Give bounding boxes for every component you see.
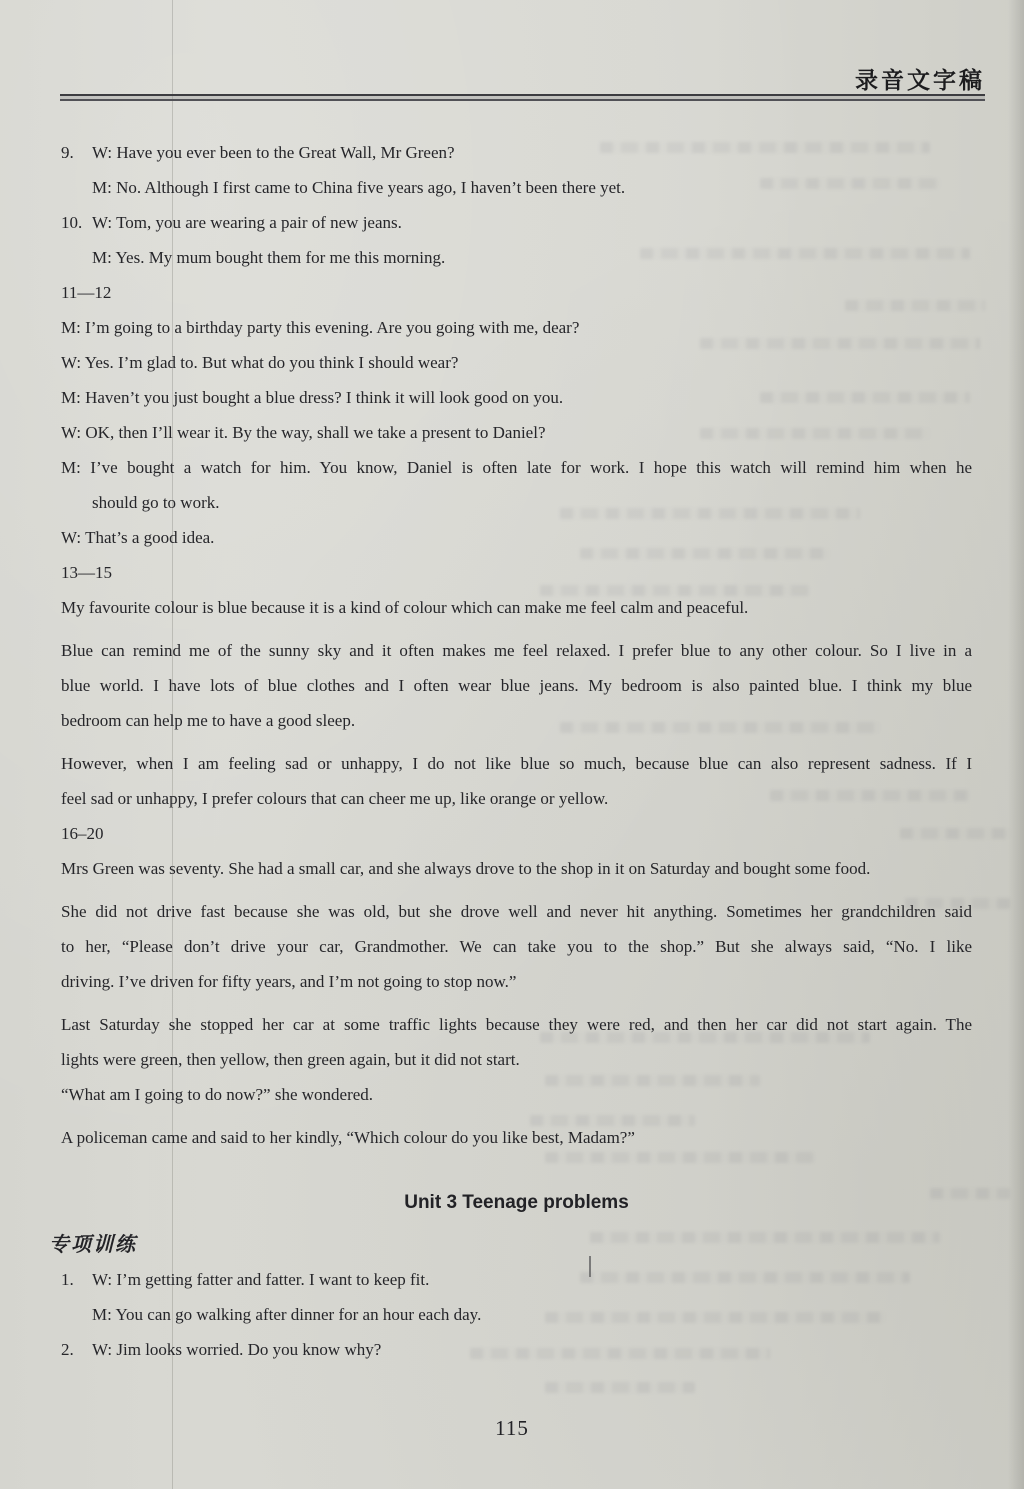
transcript-line: 9.W: Have you ever been to the Great Wal… — [61, 135, 972, 170]
line-text: W: I’m getting fatter and fatter. I want… — [92, 1270, 429, 1289]
page-number: 115 — [0, 1416, 1024, 1441]
transcript-line: W: OK, then I’ll wear it. By the way, sh… — [61, 415, 972, 450]
scan-stray-mark — [589, 1256, 591, 1277]
bleedthrough-artifact — [545, 1382, 695, 1393]
transcript-line: should go to work. — [61, 485, 972, 520]
transcript-line: Mrs Green was seventy. She had a small c… — [61, 851, 972, 886]
transcript-line: M: Yes. My mum bought them for me this m… — [61, 240, 972, 275]
transcript-line: “What am I going to do now?” she wondere… — [61, 1077, 972, 1112]
page-header-title: 录音文字稿 — [855, 62, 985, 95]
transcript-line: blue world. I have lots of blue clothes … — [61, 668, 972, 703]
transcript-line: A policeman came and said to her kindly,… — [61, 1120, 972, 1155]
transcript-line: However, when I am feeling sad or unhapp… — [61, 746, 972, 781]
item-number: 1. — [61, 1262, 92, 1297]
transcript-line: 10.W: Tom, you are wearing a pair of new… — [61, 205, 972, 240]
transcript-line: W: That’s a good idea. — [61, 520, 972, 555]
transcript-line: driving. I’ve driven for fifty years, an… — [61, 964, 972, 999]
transcript-line: M: No. Although I first came to China fi… — [61, 170, 972, 205]
transcript-line: Blue can remind me of the sunny sky and … — [61, 633, 972, 668]
item-number: 9. — [61, 135, 92, 170]
transcript-line: 1.W: I’m getting fatter and fatter. I wa… — [61, 1262, 972, 1297]
transcript-line: 2.W: Jim looks worried. Do you know why? — [61, 1332, 972, 1367]
section-range-label: 13—15 — [61, 555, 972, 590]
section-range-label: 16–20 — [61, 816, 972, 851]
line-text: W: Tom, you are wearing a pair of new je… — [92, 213, 402, 232]
section-range-label: 11—12 — [61, 275, 972, 310]
scan-edge-shadow — [1008, 0, 1024, 1489]
transcript-line: lights were green, then yellow, then gre… — [61, 1042, 972, 1077]
transcript-content: 9.W: Have you ever been to the Great Wal… — [61, 135, 972, 1367]
item-number: 2. — [61, 1332, 92, 1367]
line-text: W: Jim looks worried. Do you know why? — [92, 1340, 381, 1359]
line-text: W: Have you ever been to the Great Wall,… — [92, 143, 455, 162]
transcript-line: feel sad or unhappy, I prefer colours th… — [61, 781, 972, 816]
transcript-line: M: I’ve bought a watch for him. You know… — [61, 450, 972, 485]
subsection-title: 专项训练 — [49, 1227, 972, 1262]
transcript-line: She did not drive fast because she was o… — [61, 894, 972, 929]
header-double-rule — [60, 94, 985, 101]
transcript-line: to her, “Please don’t drive your car, Gr… — [61, 929, 972, 964]
item-number: 10. — [61, 205, 92, 240]
scanned-transcript-page: 录音文字稿 9.W: Have you ever been to the Gre… — [0, 0, 1024, 1489]
transcript-line: bedroom can help me to have a good sleep… — [61, 703, 972, 738]
transcript-line: W: Yes. I’m glad to. But what do you thi… — [61, 345, 972, 380]
unit-heading: Unit 3 Teenage problems — [61, 1185, 972, 1220]
transcript-line: M: You can go walking after dinner for a… — [61, 1297, 972, 1332]
transcript-line: M: Haven’t you just bought a blue dress?… — [61, 380, 972, 415]
transcript-line: Last Saturday she stopped her car at som… — [61, 1007, 972, 1042]
transcript-line: M: I’m going to a birthday party this ev… — [61, 310, 972, 345]
transcript-line: My favourite colour is blue because it i… — [61, 590, 972, 625]
